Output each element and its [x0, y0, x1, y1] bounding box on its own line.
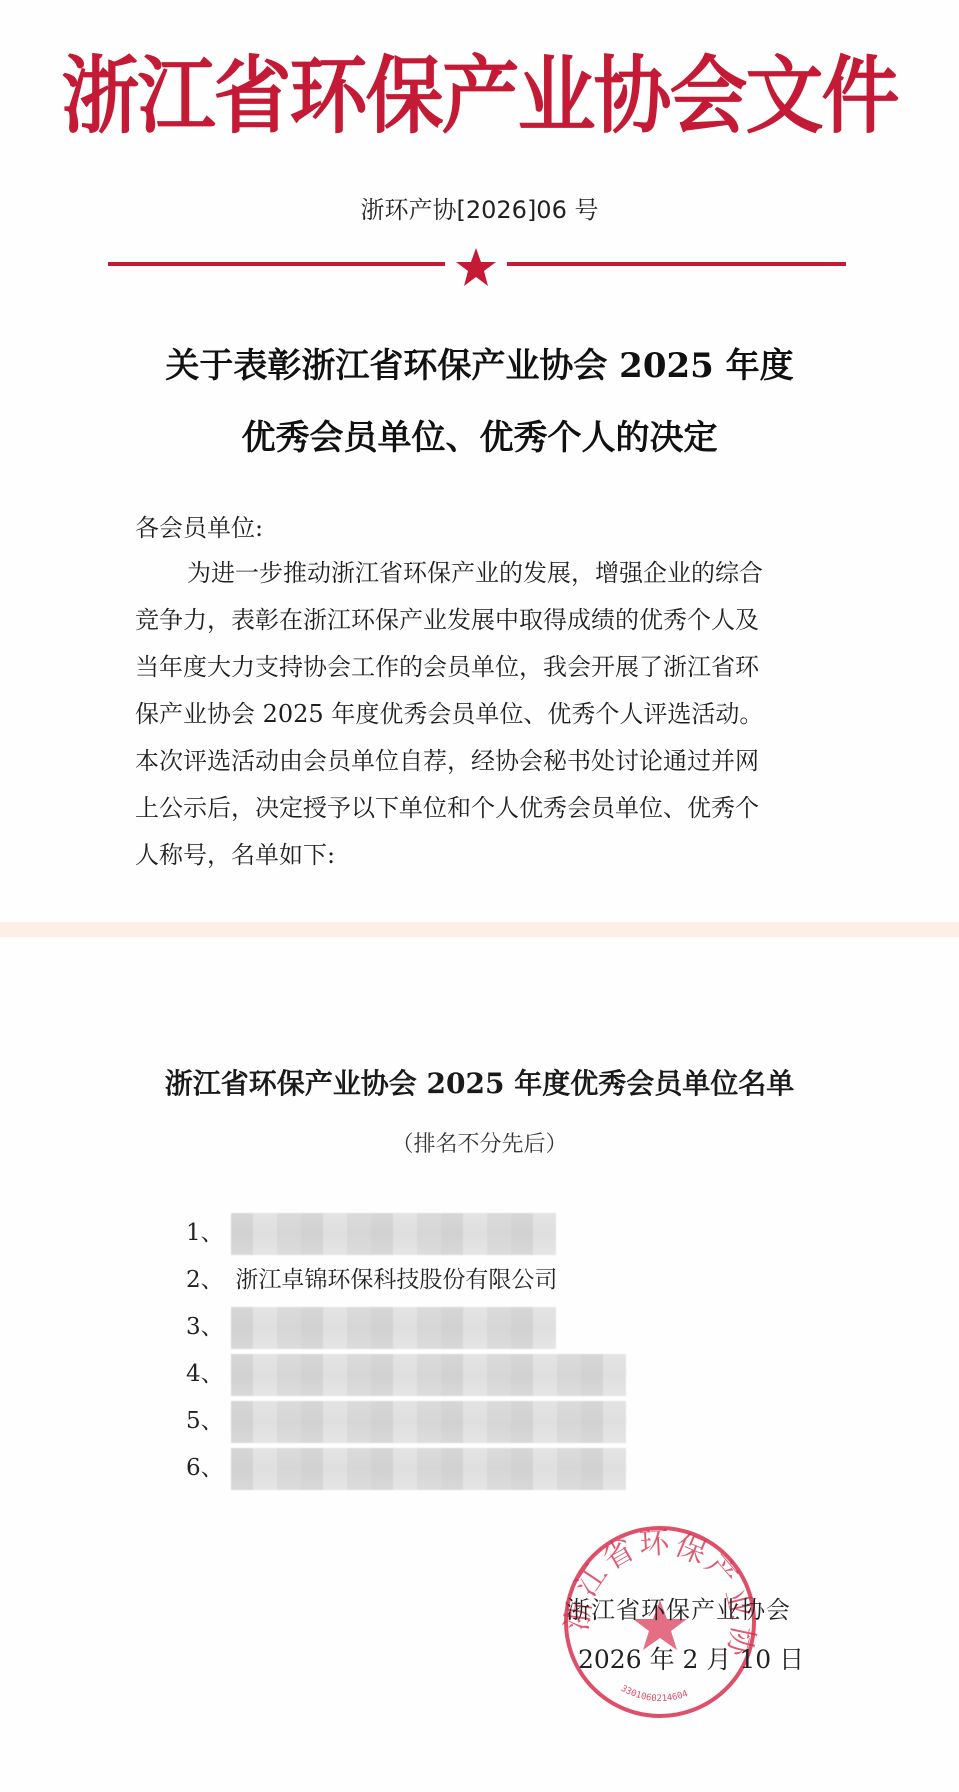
body-line: 保产业协会 2025 年度优秀会员单位、优秀个人评选活动。 — [135, 691, 845, 738]
red-divider-right — [507, 262, 846, 266]
signing-date: 2026 年 2 月 10 日 — [578, 1640, 804, 1676]
body-line: 本次评选活动由会员单位自荐，经协会秘书处讨论通过并网 — [135, 738, 845, 785]
redacted-name — [231, 1401, 626, 1443]
document-number: 浙环产协[2026]06 号 — [0, 190, 959, 225]
list-item-number: 3、 — [186, 1304, 228, 1351]
decision-title-line-2: 优秀会员单位、优秀个人的决定 — [0, 410, 959, 459]
body-line: 为进一步推动浙江省环保产业的发展，增强企业的综合 — [135, 550, 845, 597]
decision-title-line-1: 关于表彰浙江省环保产业协会 2025 年度 — [0, 338, 959, 387]
body-paragraph: 为进一步推动浙江省环保产业的发展，增强企业的综合 竞争力，表彰在浙江环保产业发展… — [135, 550, 845, 879]
list-item-number: 6、 — [186, 1445, 228, 1492]
signing-organization: 浙江省环保产业协会 — [566, 1590, 791, 1625]
list-item-name: 浙江卓锦环保科技股份有限公司 — [235, 1267, 557, 1293]
list-item: 3、 — [186, 1304, 557, 1351]
red-divider-left — [108, 262, 445, 266]
salutation: 各会员单位: — [135, 508, 263, 543]
list-item-number: 4、 — [186, 1351, 228, 1398]
list-item-number: 1、 — [186, 1210, 228, 1257]
svg-text:3301060214604: 3301060214604 — [619, 1684, 689, 1704]
member-list-title: 浙江省环保产业协会 2025 年度优秀会员单位名单 — [0, 1062, 959, 1102]
star-icon — [455, 247, 497, 287]
list-item: 2、 浙江卓锦环保科技股份有限公司 — [186, 1257, 557, 1304]
list-item: 1、 — [186, 1210, 557, 1257]
page-separator — [0, 922, 959, 937]
org-document-header: 浙江省环保产业协会文件 — [0, 48, 959, 145]
body-line: 人称号，名单如下: — [135, 832, 845, 879]
redacted-name — [231, 1448, 626, 1490]
body-line: 上公示后，决定授予以下单位和个人优秀会员单位、优秀个 — [135, 785, 845, 832]
redacted-name — [231, 1354, 626, 1396]
redacted-name — [231, 1307, 556, 1349]
list-item: 5、 — [186, 1398, 557, 1445]
redacted-name — [231, 1213, 556, 1255]
list-item-number: 2、 — [186, 1257, 228, 1304]
list-item-number: 5、 — [186, 1398, 228, 1445]
list-item: 4、 — [186, 1351, 557, 1398]
member-list: 1、 2、 浙江卓锦环保科技股份有限公司 3、 4、 5、 6、 — [186, 1210, 557, 1492]
body-line: 竞争力，表彰在浙江环保产业发展中取得成绩的优秀个人及 — [135, 597, 845, 644]
body-line: 当年度大力支持协会工作的会员单位，我会开展了浙江省环 — [135, 644, 845, 691]
member-list-subtitle: （排名不分先后） — [0, 1127, 959, 1158]
list-item: 6、 — [186, 1445, 557, 1492]
